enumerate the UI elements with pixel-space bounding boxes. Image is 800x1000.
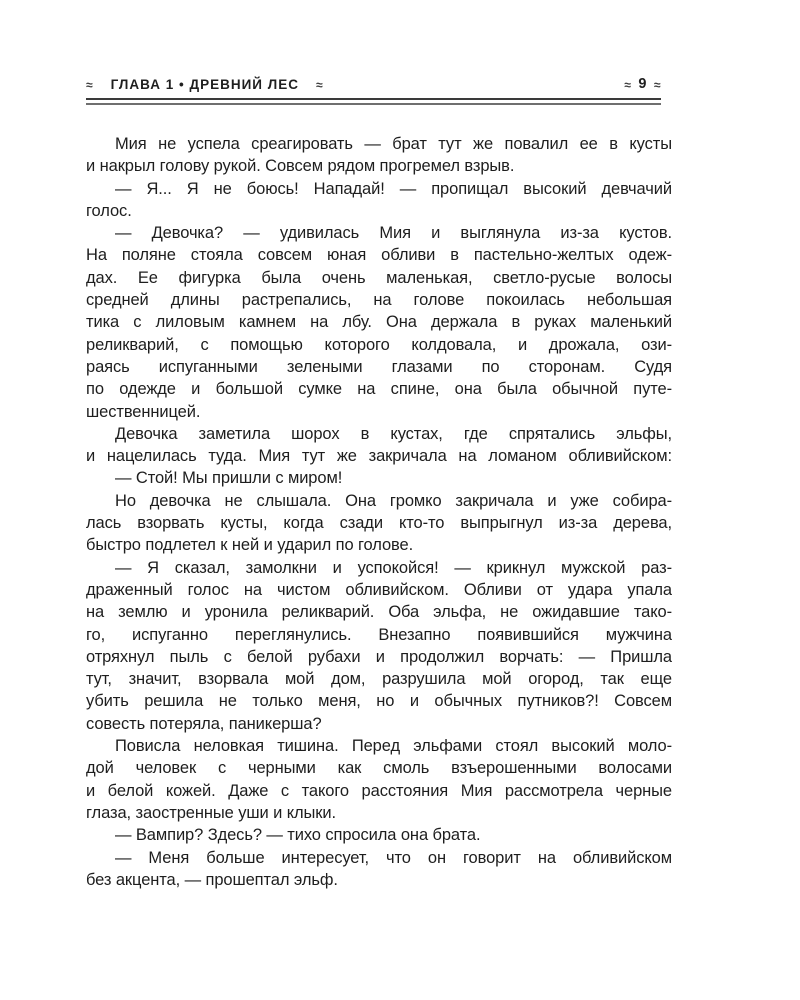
page-number: 9 (638, 76, 647, 92)
text-line: на землю и уронила реликварий. Оба эльфа… (86, 601, 672, 623)
text-line: — Я сказал, замолкни и успокойся! — крик… (86, 557, 672, 579)
text-line: — Девочка? — удивилась Мия и выглянула и… (86, 222, 672, 244)
text-line: и нацелилась туда. Мия тут же закричала … (86, 445, 672, 467)
approx-marker-icon: ≈ (654, 79, 661, 91)
text-line: по одежде и большой сумке на спине, она … (86, 378, 672, 400)
text-line: тут, значит, взорвала мой дом, разрушила… (86, 668, 672, 690)
text-line: голос. (86, 200, 672, 222)
text-line: Девочка заметила шорох в кустах, где спр… (86, 423, 672, 445)
running-head: ≈ ГЛАВА 1 • ДРЕВНИЙ ЛЕС ≈ ≈ 9 ≈ (86, 76, 661, 105)
header-divider (86, 98, 661, 105)
chapter-title: ГЛАВА 1 • ДРЕВНИЙ ЛЕС (111, 77, 299, 92)
paragraph: Мия не успела среагировать — брат тут же… (86, 133, 672, 178)
book-page: ≈ ГЛАВА 1 • ДРЕВНИЙ ЛЕС ≈ ≈ 9 ≈ Мия не у… (0, 0, 800, 1000)
paragraph: Но девочка не слышала. Она громко закрич… (86, 490, 672, 557)
approx-marker-icon: ≈ (316, 79, 324, 91)
text-line: совесть потеряла, паникерша? (86, 713, 672, 735)
text-line: Мия не успела среагировать — брат тут же… (86, 133, 672, 155)
text-line: убить решила не только меня, но и обычны… (86, 690, 672, 712)
text-line: шественницей. (86, 401, 672, 423)
text-line: лась взорвать кусты, когда сзади кто-то … (86, 512, 672, 534)
paragraph: — Меня больше интересует, что он говорит… (86, 847, 672, 892)
text-line: Повисла неловкая тишина. Перед эльфами с… (86, 735, 672, 757)
text-line: без акцента, — прошептал эльф. (86, 869, 672, 891)
text-line: — Меня больше интересует, что он говорит… (86, 847, 672, 869)
text-line: реликварий, с помощью которого колдовала… (86, 334, 672, 356)
text-line: тика с лиловым камнем на лбу. Она держал… (86, 311, 672, 333)
approx-marker-icon: ≈ (624, 79, 631, 91)
text-line: На поляне стояла совсем юная обливи в па… (86, 244, 672, 266)
text-line: драженный голос на чистом обливийском. О… (86, 579, 672, 601)
paragraph: — Стой! Мы пришли с миром! (86, 467, 672, 489)
text-line: быстро подлетел к ней и ударил по голове… (86, 534, 672, 556)
text-line: и белой кожей. Даже с такого расстояния … (86, 780, 672, 802)
text-line: глаза, заостренные уши и клыки. (86, 802, 672, 824)
text-line: Но девочка не слышала. Она громко закрич… (86, 490, 672, 512)
approx-marker-icon: ≈ (86, 79, 94, 91)
text-line: — Стой! Мы пришли с миром! (86, 467, 672, 489)
page-number-block: ≈ 9 ≈ (624, 76, 661, 92)
chapter-heading: ≈ ГЛАВА 1 • ДРЕВНИЙ ЛЕС ≈ (86, 77, 324, 92)
text-line: — Вампир? Здесь? — тихо спросила она бра… (86, 824, 672, 846)
text-line: дах. Ее фигурка была очень маленькая, св… (86, 267, 672, 289)
text-line: и накрыл голову рукой. Совсем рядом прог… (86, 155, 672, 177)
text-line: дой человек с черными как смоль взъероше… (86, 757, 672, 779)
paragraph: — Девочка? — удивилась Мия и выглянула и… (86, 222, 672, 423)
header-row: ≈ ГЛАВА 1 • ДРЕВНИЙ ЛЕС ≈ ≈ 9 ≈ (86, 76, 661, 92)
paragraph: Повисла неловкая тишина. Перед эльфами с… (86, 735, 672, 824)
paragraph: Девочка заметила шорох в кустах, где спр… (86, 423, 672, 468)
paragraph: — Вампир? Здесь? — тихо спросила она бра… (86, 824, 672, 846)
paragraph: — Я сказал, замолкни и успокойся! — крик… (86, 557, 672, 735)
text-block: Мия не успела среагировать — брат тут же… (86, 133, 672, 891)
text-line: го, испуганно переглянулись. Внезапно по… (86, 624, 672, 646)
paragraph: — Я... Я не боюсь! Нападай! — пропищал в… (86, 178, 672, 223)
text-line: раясь испуганными зелеными глазами по ст… (86, 356, 672, 378)
text-line: средней длины растрепались, на голове по… (86, 289, 672, 311)
text-line: — Я... Я не боюсь! Нападай! — пропищал в… (86, 178, 672, 200)
text-line: отряхнул пыль с белой рубахи и продолжил… (86, 646, 672, 668)
